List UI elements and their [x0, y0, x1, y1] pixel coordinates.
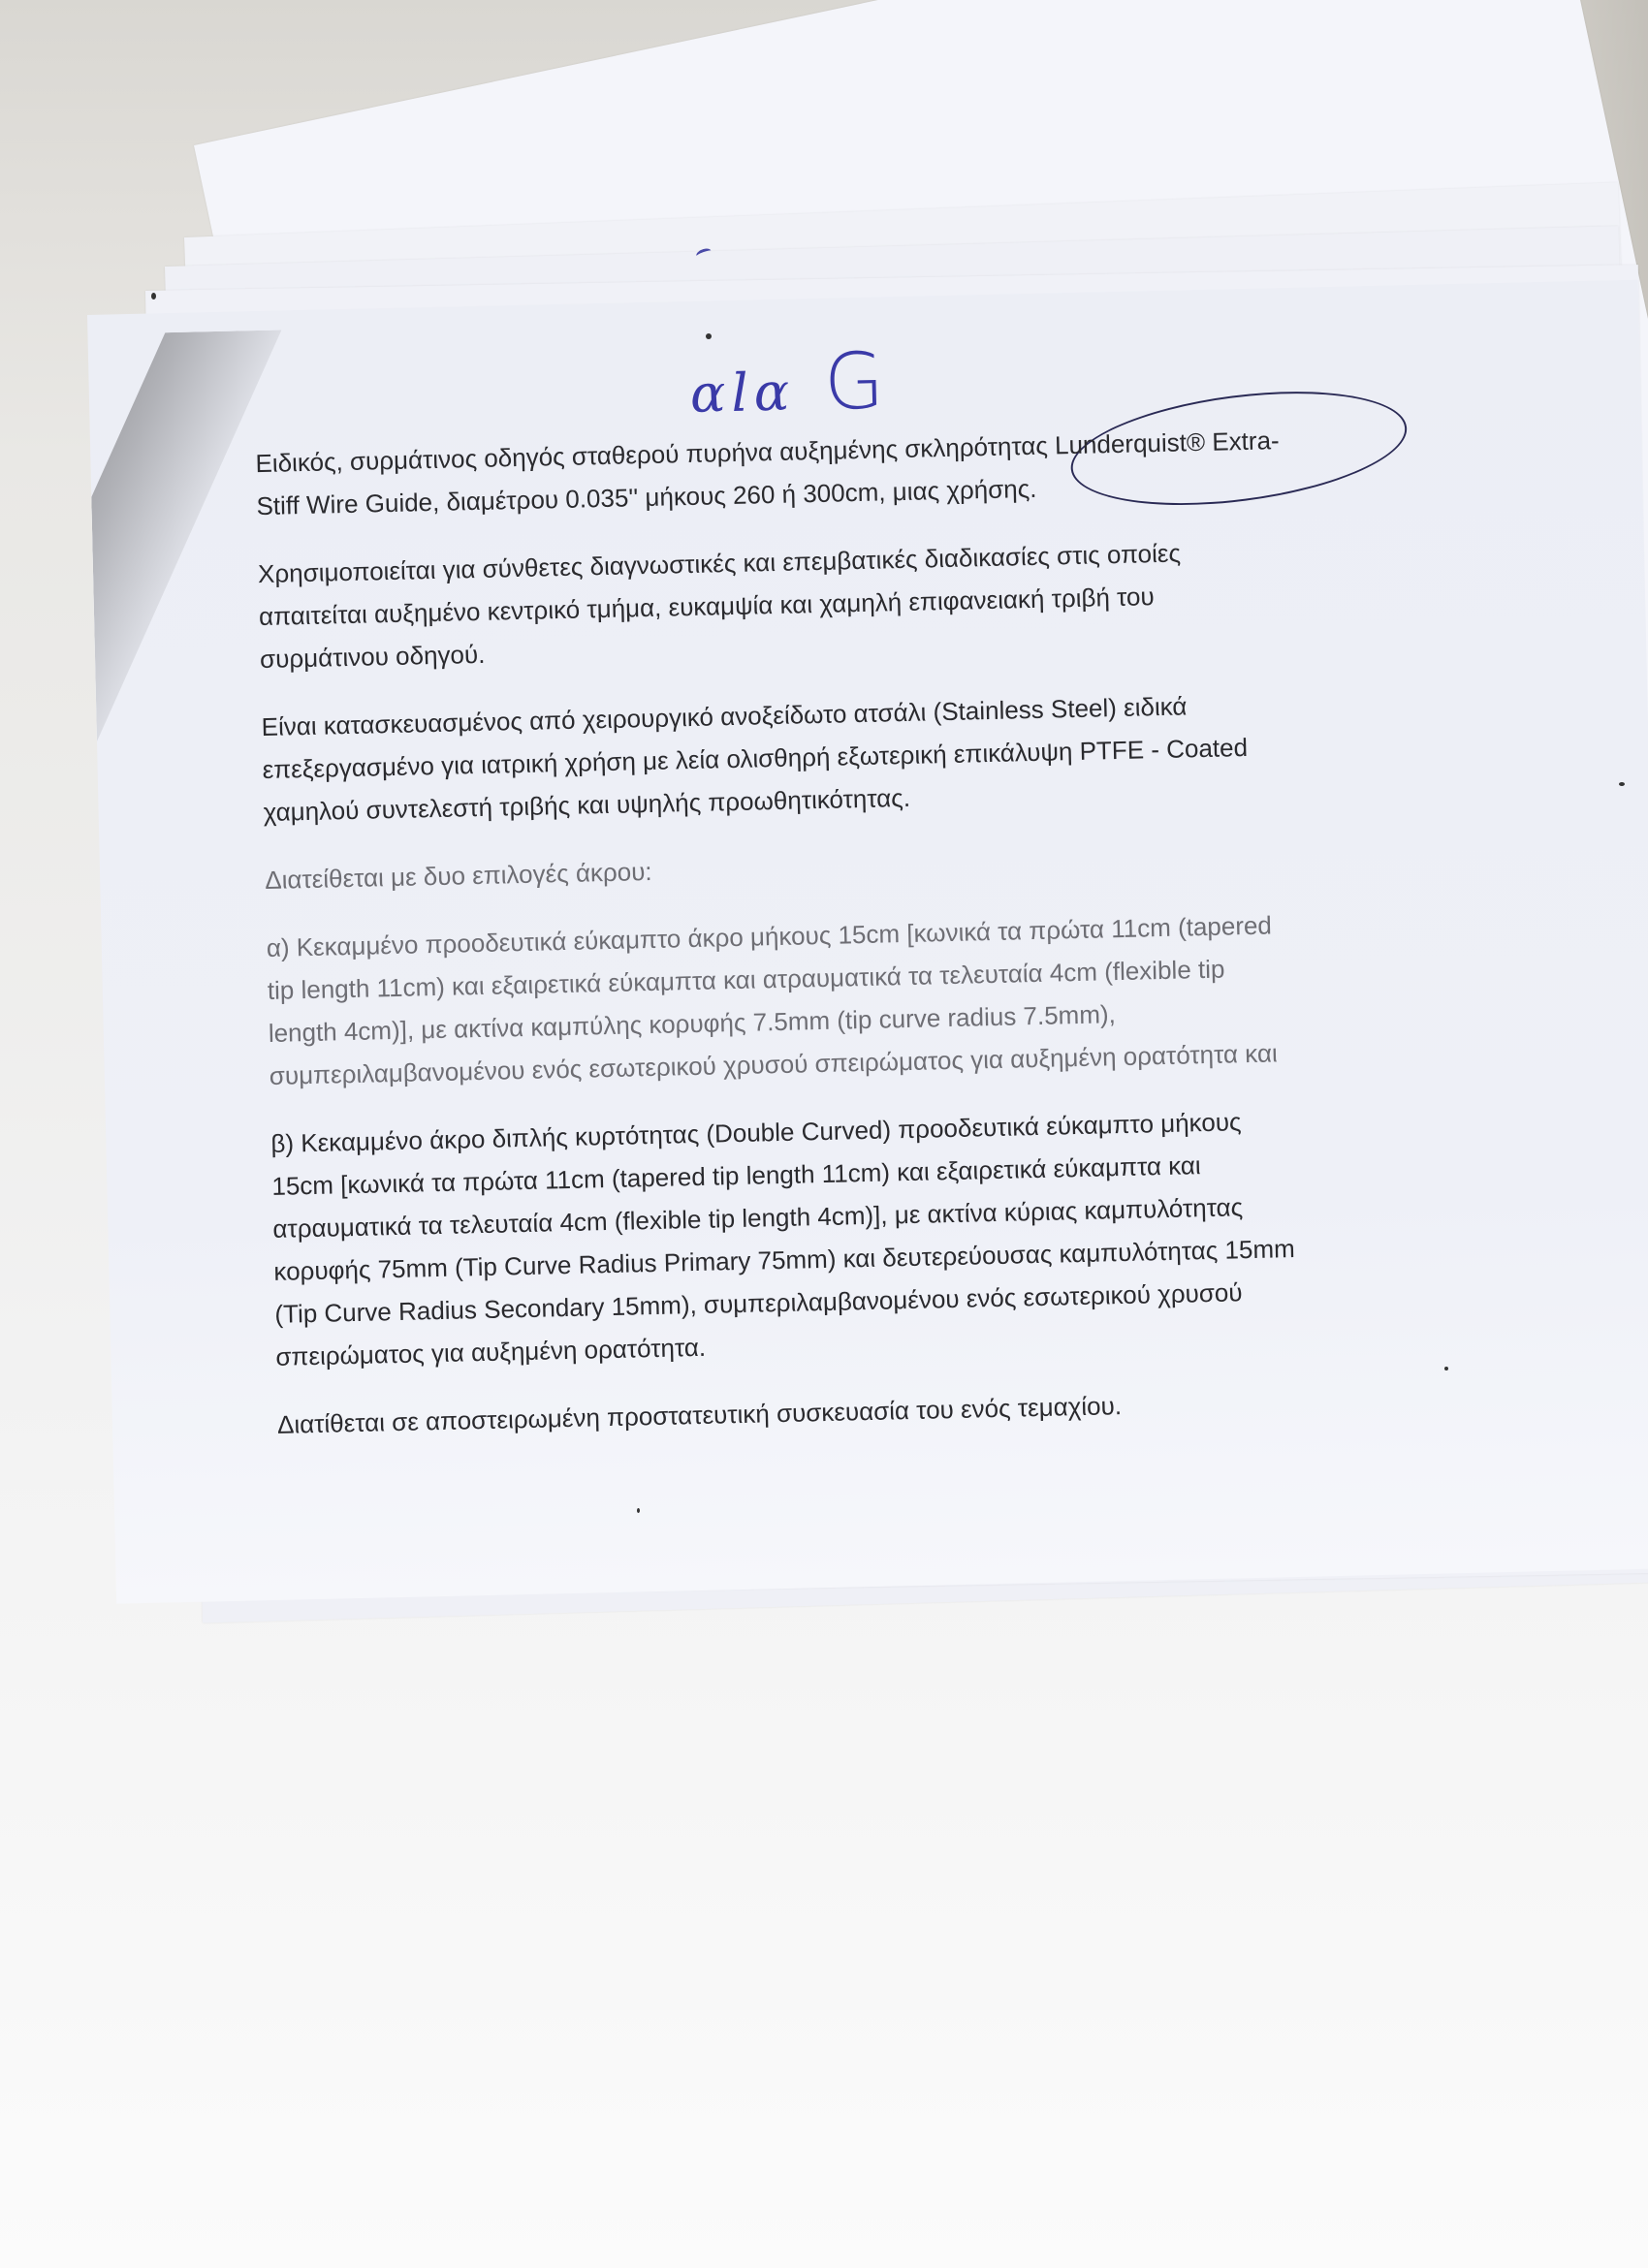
paragraph-material: Είναι κατασκευασμένος από χειρουργικό αν…	[261, 679, 1408, 834]
text-line: Διατείθεται με δυο επιλογές άκρου:	[265, 833, 1410, 901]
dust-speck	[1444, 1367, 1448, 1370]
paragraph-option-b: β) Κεκαμμένο άκρο διπλής κυρτότητας (Dou…	[270, 1096, 1420, 1378]
dust-speck	[1619, 782, 1625, 786]
paragraph-intro: Ειδικός, συρμάτινος οδηγός σταθερού πυρή…	[255, 416, 1401, 527]
paragraph-packaging: Διατίθεται σε αποστειρωμένη προστατευτικ…	[277, 1377, 1422, 1446]
dust-speck	[151, 293, 156, 299]
text-line: Διατίθεται σε αποστειρωμένη προστατευτικ…	[277, 1377, 1422, 1446]
document-body: Ειδικός, συρμάτινος οδηγός σταθερού πυρή…	[255, 416, 1422, 1470]
paragraph-options-heading: Διατείθεται με δυο επιλογές άκρου:	[265, 833, 1410, 901]
paragraph-usage: Χρησιμοποιείται για σύνθετες διαγνωστικέ…	[258, 526, 1405, 680]
dust-speck	[706, 333, 712, 339]
document-page: αlαG Ειδικός, συρμάτινος οδηγός σταθερού…	[87, 280, 1648, 1604]
handwritten-text: αlα	[689, 361, 796, 424]
dust-speck	[637, 1508, 640, 1513]
handwritten-note: αlαG	[689, 335, 891, 430]
paragraph-option-a: α) Κεκαμμένο προοδευτικά εύκαμπτο άκρο μ…	[266, 900, 1413, 1097]
handwritten-letter: G	[823, 335, 891, 427]
